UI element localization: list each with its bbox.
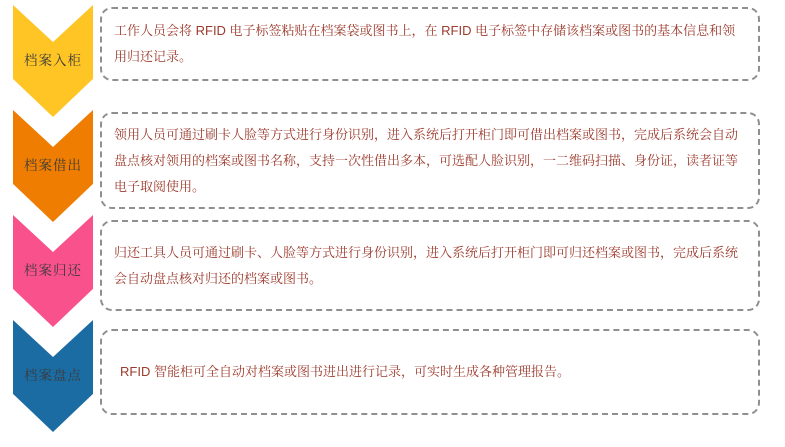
step-description-box: 工作人员会将 RFID 电子标签粘贴在档案袋或图书上，在 RFID 电子标签中存… [100, 7, 760, 81]
step-description-box: 归还工具人员可通过刷卡、人脸等方式进行身份识别，进入系统后打开柜门即可归还档案或… [100, 220, 760, 311]
rfid-process-diagram: 档案入柜 工作人员会将 RFID 电子标签粘贴在档案袋或图书上，在 RFID 电… [0, 0, 785, 447]
step-description-box: 领用人员可通过刷卡人脸等方式进行身份识别，进入系统后打开柜门即可借出档案或图书，… [100, 112, 760, 209]
chevron-down-arrow: 档案入柜 [13, 5, 93, 117]
step-label: 档案归还 [13, 259, 93, 279]
step-description-box: RFID 智能柜可全自动对档案或图书进出进行记录，可实时生成各种管理报告。 [100, 329, 760, 415]
step-description: 工作人员会将 RFID 电子标签粘贴在档案袋或图书上，在 RFID 电子标签中存… [114, 18, 746, 70]
step-label: 档案入柜 [13, 49, 93, 69]
step-label: 档案借出 [13, 154, 93, 174]
chevron-down-arrow: 档案借出 [13, 110, 93, 222]
step-description: RFID 智能柜可全自动对档案或图书进出进行记录，可实时生成各种管理报告。 [120, 359, 570, 385]
step-label: 档案盘点 [13, 364, 93, 384]
chevron-down-arrow: 档案盘点 [13, 320, 93, 432]
step-description: 归还工具人员可通过刷卡、人脸等方式进行身份识别，进入系统后打开柜门即可归还档案或… [114, 240, 746, 292]
chevron-down-arrow: 档案归还 [13, 215, 93, 327]
step-description: 领用人员可通过刷卡人脸等方式进行身份识别，进入系统后打开柜门即可借出档案或图书，… [114, 122, 746, 200]
